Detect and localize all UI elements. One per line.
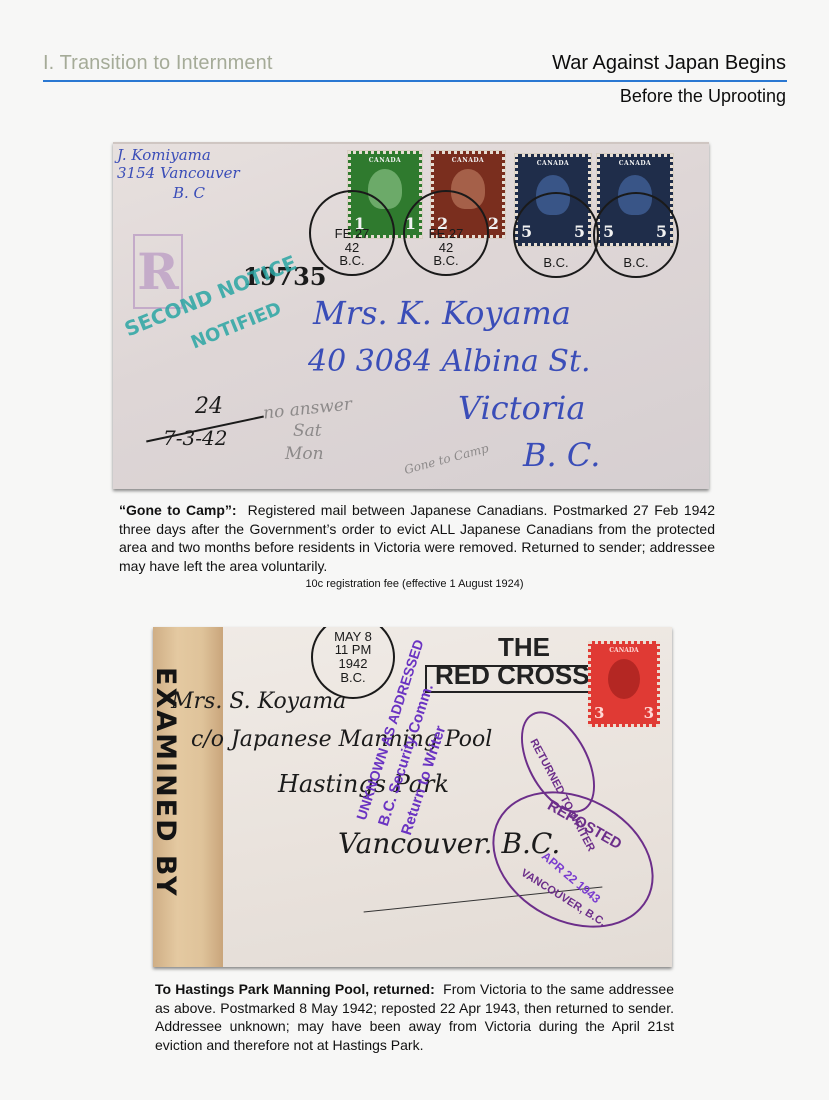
caption-1: “Gone to Camp”: Registered mail between … [119, 501, 715, 575]
pencil-note-1: no answer [262, 394, 353, 423]
sender-line-3: B. C [173, 184, 205, 202]
docket-date: 7-3-42 [163, 426, 227, 450]
page-subtitle: Before the Uprooting [620, 86, 786, 107]
postmark-2: FE 2742B.C. [403, 190, 489, 276]
sender-line-1: J. Komiyama [117, 146, 211, 164]
pencil-note-3: Mon [285, 444, 324, 464]
section-title: I. Transition to Internment [43, 52, 272, 75]
pencil-note-4: Gone to Camp [403, 441, 490, 477]
cover-1-envelope: J. Komiyama 3154 Vancouver B. C R 19735 … [113, 142, 709, 489]
address-line-1: Mrs. K. Koyama [313, 294, 571, 332]
caption-1-note: 10c registration fee (effective 1 August… [0, 578, 829, 590]
postmark-1: FE 2742B.C. [309, 190, 395, 276]
stamp-3-cent: CANADA 33 [588, 641, 660, 727]
reposted-oval [469, 764, 672, 954]
address-line-1: Mrs. S. Koyama [171, 689, 346, 714]
postmark-3: B.C. [513, 192, 599, 278]
docket-number: 24 [195, 394, 223, 419]
censor-tape: EXAMINED BY [153, 627, 223, 967]
address-line-4: B. C. [523, 436, 600, 474]
address-line-2: 40 3084 Albina St. [308, 344, 591, 379]
postmark-4: B.C. [593, 192, 679, 278]
slogan-the: THE [498, 635, 550, 660]
cover-2-envelope: EXAMINED BY MAY 811 PM1942B.C. THE RED C… [153, 627, 672, 967]
address-line-3: Victoria [458, 389, 585, 427]
header-rule [43, 80, 787, 82]
sender-line-2: 3154 Vancouver [117, 164, 240, 182]
page-title: War Against Japan Begins [552, 52, 786, 75]
caption-2: To Hastings Park Manning Pool, returned:… [155, 980, 674, 1054]
caption-1-title: “Gone to Camp”: [119, 502, 237, 518]
pencil-note-2: Sat [293, 421, 322, 441]
caption-2-title: To Hastings Park Manning Pool, returned: [155, 981, 435, 997]
